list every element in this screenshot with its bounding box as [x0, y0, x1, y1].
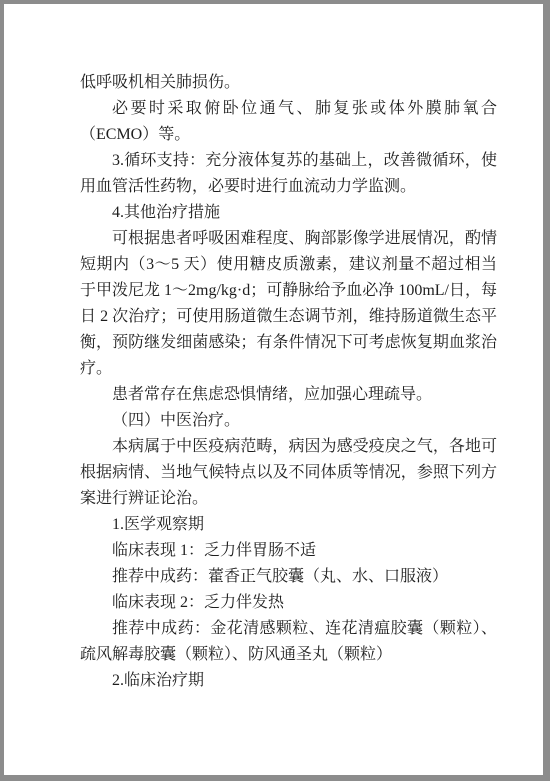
paragraph: 4.其他治疗措施	[80, 200, 497, 226]
paragraph: 本病属于中医疫病范畴，病因为感受疫戾之气，各地可根据病情、当地气候特点以及不同体…	[80, 434, 497, 512]
paragraph: 推荐中成药：金花清感颗粒、连花清瘟胶囊（颗粒）、疏风解毒胶囊（颗粒）、防风通圣丸…	[80, 616, 497, 668]
paragraph: 临床表现 2：乏力伴发热	[80, 590, 497, 616]
document-text: 低呼吸机相关肺损伤。必要时采取俯卧位通气、肺复张或体外膜肺氧合（ECMO）等。3…	[80, 70, 497, 694]
paragraph: 必要时采取俯卧位通气、肺复张或体外膜肺氧合（ECMO）等。	[80, 96, 497, 148]
paragraph: 2.临床治疗期	[80, 668, 497, 694]
paragraph: 3.循环支持：充分液体复苏的基础上，改善微循环，使用血管活性药物，必要时进行血流…	[80, 148, 497, 200]
paragraph: 临床表现 1：乏力伴胃肠不适	[80, 538, 497, 564]
document-page: 低呼吸机相关肺损伤。必要时采取俯卧位通气、肺复张或体外膜肺氧合（ECMO）等。3…	[0, 0, 550, 781]
paragraph: 低呼吸机相关肺损伤。	[80, 70, 497, 96]
paragraph: 可根据患者呼吸困难程度、胸部影像学进展情况，酌情短期内（3～5 天）使用糖皮质激…	[80, 226, 497, 382]
paragraph: 患者常存在焦虑恐惧情绪，应加强心理疏导。	[80, 382, 497, 408]
paragraph: （四）中医治疗。	[80, 408, 497, 434]
paragraph: 1.医学观察期	[80, 512, 497, 538]
paragraph: 推荐中成药：藿香正气胶囊（丸、水、口服液）	[80, 564, 497, 590]
